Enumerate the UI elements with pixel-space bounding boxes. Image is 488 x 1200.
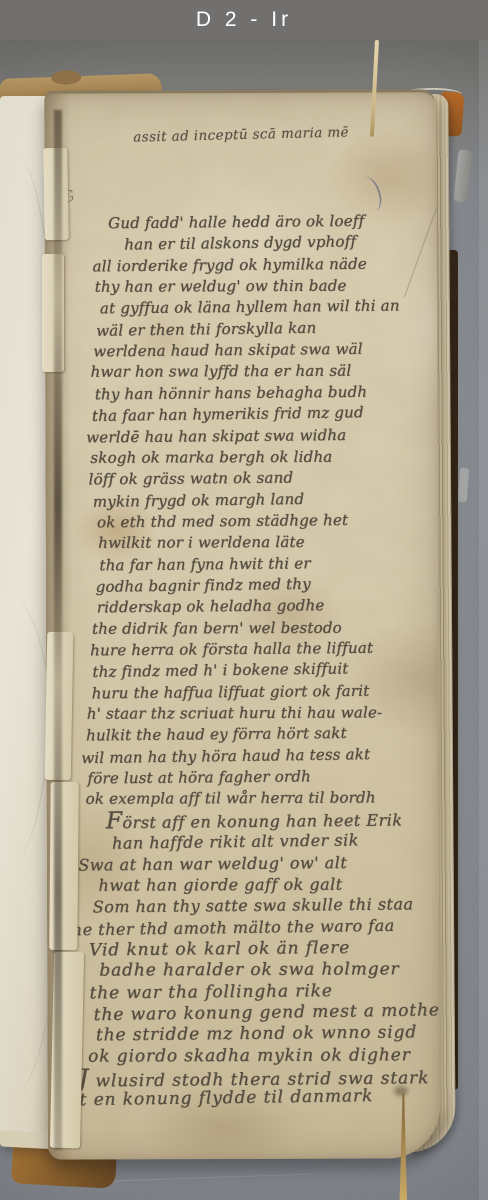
background-light-strip (479, 40, 488, 1200)
manuscript-text: Gud fadd' halle hedd äro ok loeffhan er … (44, 91, 440, 1160)
page-title: D 2 - Ir (0, 0, 488, 40)
manuscript-line: ok exempla aff til wår herra til bordh (86, 789, 376, 808)
manuscript-line: tha far han fyna hwit thi er (99, 554, 310, 574)
manuscript-line: han er til alskons dygd vphoff (124, 233, 356, 254)
manuscript-line: ridderskap ok heladha godhe (97, 597, 325, 617)
manuscript-line: Som han thy satte swa skulle thi staa (93, 895, 414, 917)
photo-stage: assit ad inceptū scā maria mē Gud fadd' … (0, 40, 488, 1200)
manuscript-line: han haffde rikit alt vnder sik (112, 830, 359, 852)
manuscript-line: wil man ha thy höra haud ha tess akt (81, 745, 370, 767)
manuscript-line: hure herra ok första halla the liffuat (90, 639, 373, 660)
recto-page: assit ad inceptū scā maria mē Gud fadd' … (44, 89, 440, 1159)
manuscript-line: werldē hau han skipat swa widha (86, 425, 346, 445)
manuscript-line: at en konung flydde til danmark (68, 1086, 373, 1110)
manuscript-line: tha faar han hymerikis frid mz gud (92, 403, 364, 425)
manuscript-line: thy han er weldug' ow thin bade (95, 277, 347, 296)
manuscript-line: werldena haud han skipat swa wäl (93, 340, 363, 361)
manuscript-line: hwat han giorde gaff ok galt (98, 875, 342, 895)
manuscript-line: the waro konung gend mest a mothe (94, 1000, 440, 1025)
manuscript-line: thy han hönnir hans behagha budh (95, 383, 368, 404)
manuscript-line: thz findz med h' i bokene skiffuit (92, 660, 348, 682)
manuscript-line: hwar hon swa lyffd tha er han säl (91, 362, 352, 381)
manuscript-line: före lust at höra fagher ordh (87, 767, 311, 787)
manuscript-line: the ther thd amoth mälto the waro faa (65, 915, 395, 939)
manuscript-line: Först aff en konung han heet Erik (106, 809, 403, 832)
manuscript-line: the war tha follingha rike (89, 981, 332, 1003)
manuscript-line: all iorderike frygd ok hymilka näde (92, 254, 367, 275)
manuscript-line: mykin frygd ok margh land (93, 489, 305, 510)
manuscript-line: Gud fadd' halle hedd äro ok loeff (108, 212, 364, 232)
manuscript-viewer: D 2 - Ir assit ad inceptū scā maria mē G… (0, 0, 488, 1200)
manuscript-line: skogh ok marka bergh ok lidha (90, 448, 332, 467)
manuscript-line: at gyffua ok läna hyllem han wil thi an (100, 297, 400, 318)
manuscript-line: the stridde mz hond ok wnno sigd (96, 1023, 417, 1046)
metal-clip-top (453, 149, 472, 202)
metal-clip-middle (458, 468, 469, 503)
header-bar: D 2 - Ir (0, 0, 488, 40)
manuscript-line: hwilkit nor i werldena läte (98, 533, 305, 552)
manuscript-line: godha bagnir findz med thy (95, 575, 311, 596)
manuscript-line: the didrik fan bern' wel bestodo (92, 618, 342, 637)
manuscript-line: badhe haralder ok swa holmger (99, 960, 399, 981)
manuscript-line: Vid knut ok karl ok än flere (89, 938, 350, 961)
manuscript-line: h' staar thz scriuat huru thi hau wale- (87, 703, 383, 722)
manuscript-line: ok eth thd med som städhge het (97, 511, 348, 531)
straw-tip-shadow (394, 1086, 408, 1096)
manuscript-line: ok giordo skadha mykin ok digher (88, 1045, 411, 1066)
gutter-crease (54, 110, 62, 1150)
manuscript-line: hulkit the haud ey förra hört sakt (86, 724, 347, 745)
manuscript-line: löff ok gräss watn ok sand (89, 469, 294, 489)
manuscript-line: huru the haffua liffuat giort ok farit (92, 681, 370, 702)
manuscript-line: Swa at han war weldug' ow' alt (78, 853, 347, 875)
manuscript-line: wäl er then thi forskylla kan (96, 319, 316, 340)
